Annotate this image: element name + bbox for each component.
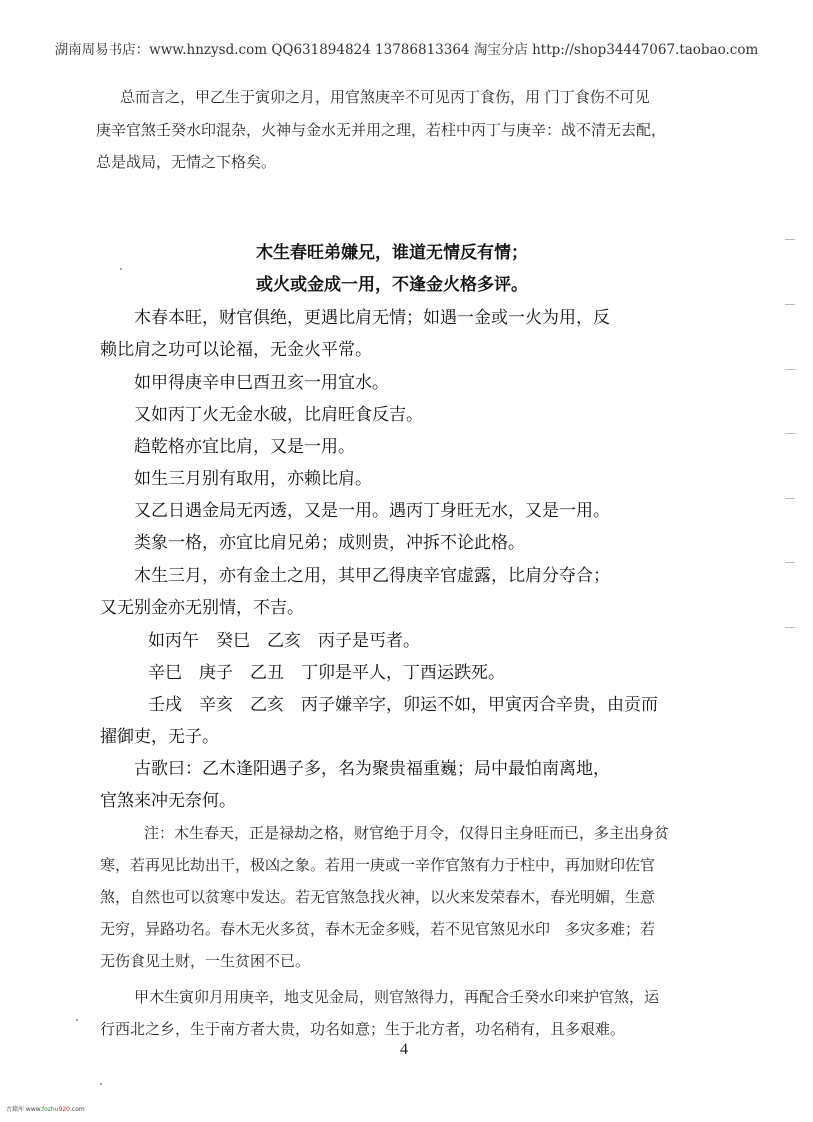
body-line: 又乙日遇金局无丙透，又是一用。遇丙丁身旺无水，又是一用。 [134, 496, 610, 521]
body-line: 辛巳 庚子 乙丑 丁卯是平人，丁酉运跌死。 [148, 658, 505, 683]
body-line: 如丙午 癸巳 乙亥 丙子是丐者。 [148, 626, 420, 651]
footer-suffix: .com [70, 1106, 85, 1113]
note-line: 注：木生春天，正是禄劫之格，财官绝于月令，仅得日主身旺而已，多主出身贫 [144, 822, 669, 843]
scan-mark [785, 627, 795, 628]
watermark-footer: 古籍库 www.fozhu920.com [6, 1104, 85, 1113]
body-line: 又无别金亦无别情，不吉。 [100, 593, 304, 618]
scan-mark [785, 239, 795, 240]
body-line: 壬戌 辛亥 乙亥 丙子嫌辛字，卯运不如，甲寅丙合辛贵，由贡而 [148, 690, 658, 715]
scan-mark [785, 498, 795, 499]
intro-line: 总是战局，无情之下格矣。 [96, 151, 276, 172]
verse-line: 木生春旺弟嫌兄，谁道无情反有情； [256, 238, 528, 263]
intro-line: 庚辛官煞壬癸水印混杂，火神与金水无并用之理，若柱中丙丁与庚辛：战不清无去配， [96, 119, 666, 140]
note-line: 煞，自然也可以贫寒中发达。若无官煞急找火神，以火来发荣春木，春光明媚，生意 [100, 886, 655, 907]
body-line: 官煞来冲无奈何。 [100, 786, 236, 811]
body-line: 类象一格，亦宜比肩兄弟；成则贵，冲拆不论此格。 [134, 528, 525, 553]
scan-mark [785, 433, 795, 434]
verse-line: 或火或金成一用，不逢金火格多评。 [256, 270, 528, 295]
page-header: 湖南周易书店：www.hnzysd.com QQ631894824 137868… [0, 38, 813, 58]
note-line: 寒，若再见比劫出干，极凶之象。若用一庚或一辛作官煞有力于柱中，再加财印佐官 [100, 854, 655, 875]
note-line: 甲木生寅卯月用庚辛，地支见金局，则官煞得力，再配合壬癸水印来护官煞，运 [134, 986, 659, 1007]
document-page: 湖南周易书店：www.hnzysd.com QQ631894824 137868… [0, 0, 813, 1122]
body-line: 木春本旺，财官俱绝，更遇比肩无情；如遇一金或一火为用，反 [134, 303, 610, 328]
footer-prefix: 古籍库 www. [6, 1106, 42, 1113]
body-line: 木生三月，亦有金土之用，其甲乙得庚辛官虚露，比肩分夺合； [134, 561, 610, 586]
scan-speck [100, 1083, 102, 1085]
note-line: 无伤食见土财，一生贫困不已。 [100, 950, 310, 971]
footer-red: 920 [59, 1106, 70, 1113]
note-line: 无穷，异路功名。春木无火多贫，春木无金多贱，若不见官煞见水印 多灾多难；若 [100, 918, 655, 939]
body-line: 又如丙丁火无金水破，比肩旺食反吉。 [134, 400, 423, 425]
body-line: 古歌曰：乙木逢阳遇子多，名为聚贵福重巍；局中最怕南离地， [134, 754, 610, 779]
body-line: 擢御吏，无子。 [100, 722, 219, 747]
scan-speck [76, 1019, 78, 1021]
body-line: 趋乾格亦宜比肩，又是一用。 [134, 432, 355, 457]
body-line: 如生三月别有取用，亦赖比肩。 [134, 464, 372, 489]
scan-speck [120, 268, 122, 270]
page-number: 4 [400, 1041, 408, 1059]
scan-mark [785, 369, 795, 370]
scan-mark [785, 304, 795, 305]
scan-mark [785, 562, 795, 563]
body-line: 如甲得庚辛申巳酉丑亥一用宜水。 [134, 368, 389, 393]
note-line: 行西北之乡，生于南方者大贵，功名如意；生于北方者，功名稍有，且多艰难。 [100, 1018, 625, 1039]
body-line: 赖比肩之功可以论福，无金火平常。 [100, 335, 372, 360]
intro-line: 总而言之，甲乙生于寅卯之月，用官煞庚辛不可见丙丁食伤，用 门丁食伤不可见 [120, 86, 650, 107]
footer-green: fozhu [42, 1106, 59, 1113]
